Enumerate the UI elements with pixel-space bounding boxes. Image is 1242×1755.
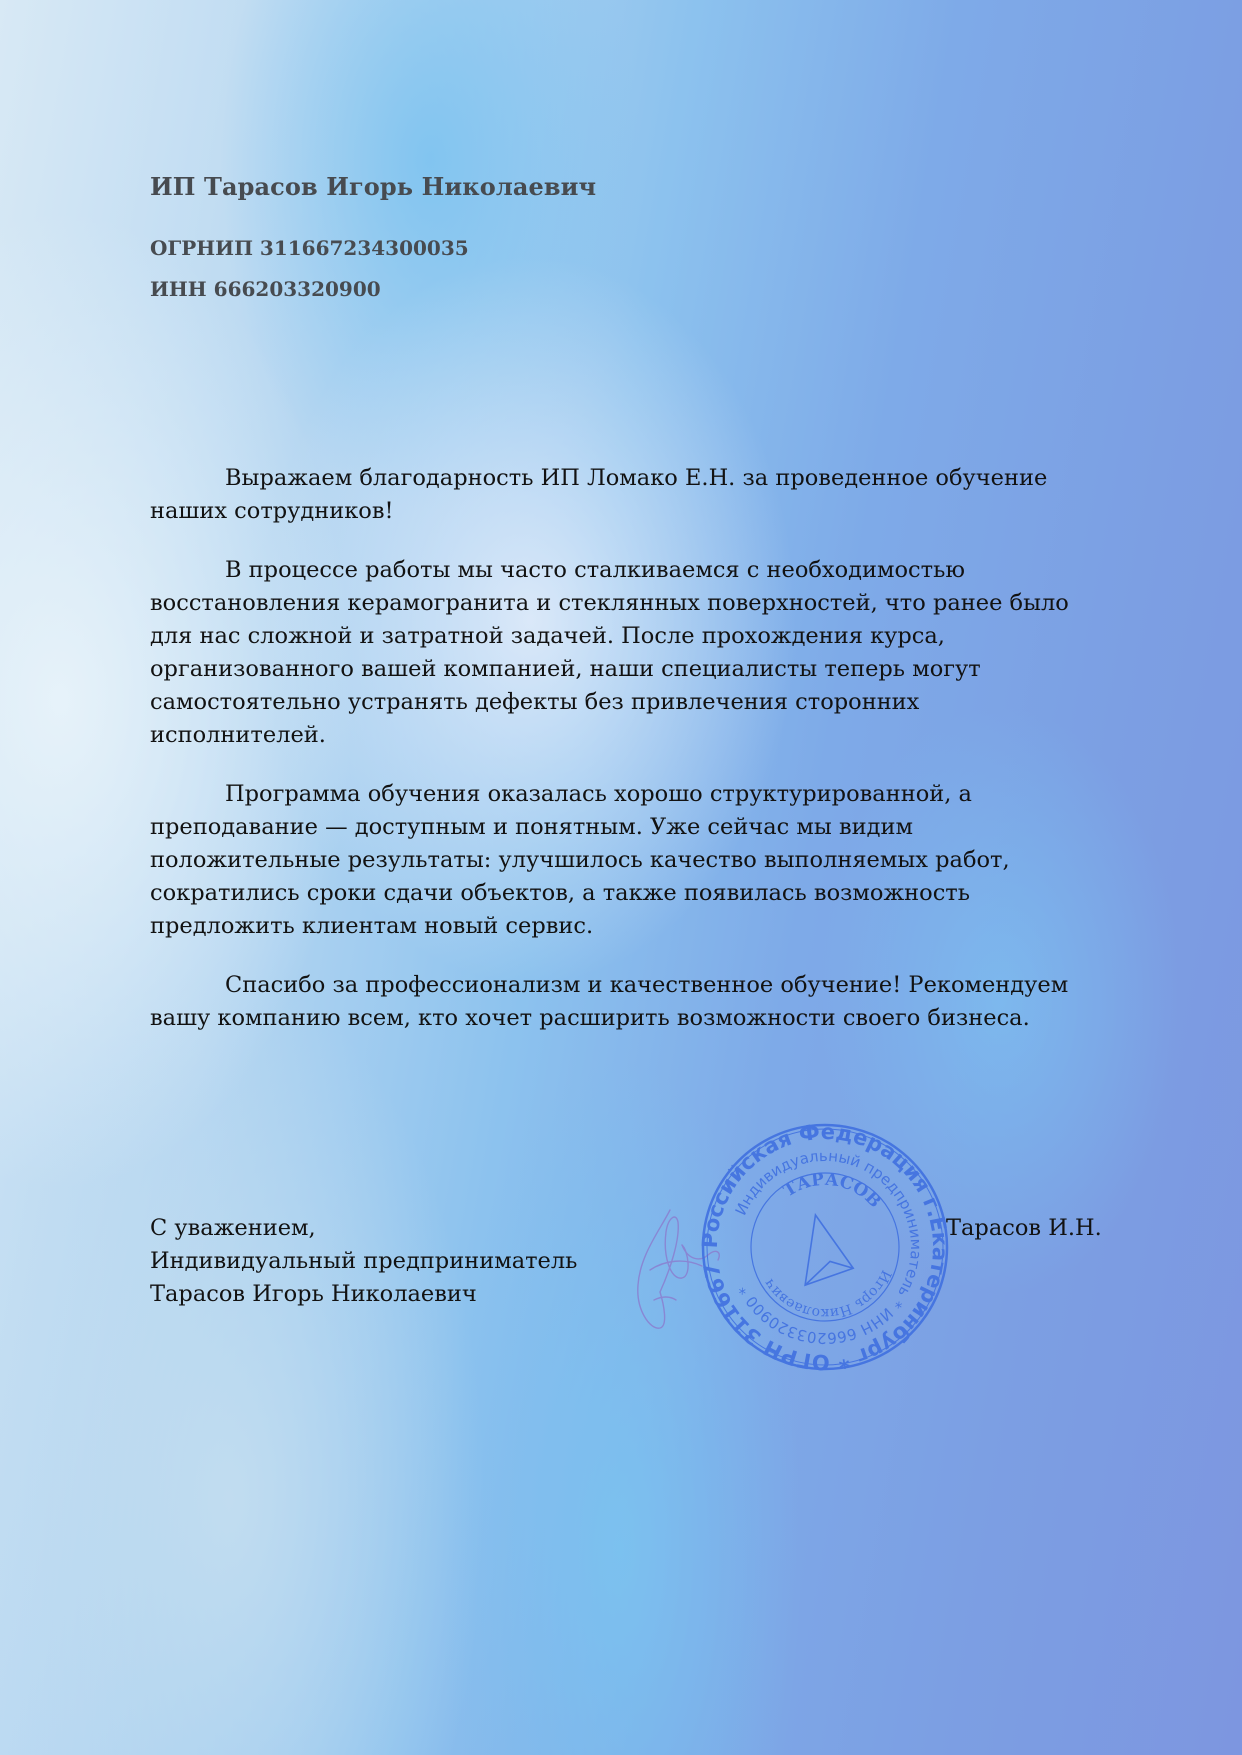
paragraph-context: В процессе работы мы часто сталкиваемся …: [150, 554, 1070, 752]
paragraph-gratitude: Выражаем благодарность ИП Ломако Е.Н. за…: [150, 462, 1070, 528]
letter-body: Выражаем благодарность ИП Ломако Е.Н. за…: [150, 462, 1070, 1061]
signer-title: Индивидуальный предприниматель: [150, 1245, 577, 1278]
paragraph-recommendation: Спасибо за профессионализм и качественно…: [150, 969, 1070, 1035]
paragraph-results: Программа обучения оказалась хорошо стру…: [150, 778, 1070, 943]
company-stamp-icon: Российская Федерация г.Екатеринбург * ОГ…: [700, 1122, 950, 1372]
signer-short-name: Тарасов И.Н.: [946, 1212, 1102, 1245]
signature-block: С уважением, Индивидуальный предпринимат…: [150, 1212, 577, 1311]
closing-phrase: С уважением,: [150, 1212, 577, 1245]
letter-page: ИП Тарасов Игорь Николаевич ОГРНИП 31166…: [0, 0, 1242, 1755]
inn-number: ИНН 666203320900: [150, 277, 381, 301]
company-name: ИП Тарасов Игорь Николаевич: [150, 172, 596, 201]
letterhead: ИП Тарасов Игорь Николаевич ОГРНИП 31166…: [150, 172, 596, 201]
signer-full-name: Тарасов Игорь Николаевич: [150, 1278, 577, 1311]
ogrnip-number: ОГРНИП 311667234300035: [150, 236, 469, 260]
